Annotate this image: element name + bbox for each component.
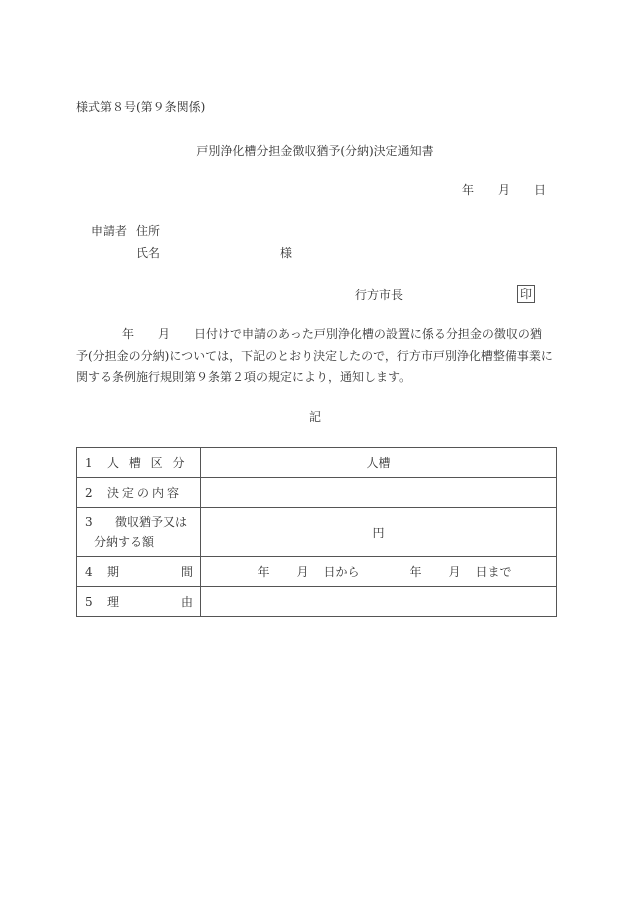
date-day: 日 (534, 183, 546, 197)
form-number: 様式第８号(第９条関係) (76, 100, 205, 114)
notice-body: 年 月 日付けで申請のあった戸別浄化槽の設置に係る分担金の徴収の猶 予(分担金の… (76, 324, 562, 389)
row-label: 4期間 (77, 557, 201, 587)
detail-table: 1人 槽 区 分 人槽 2決定の内容 3徴収猶予又は 分納する額 円 4期間 (76, 447, 557, 617)
applicant-label: 申請者 (91, 224, 127, 238)
row-label: 2決定の内容 (77, 478, 201, 508)
table-row: 2決定の内容 (77, 478, 557, 508)
seal-stamp-icon: 印 (517, 285, 535, 303)
name-label: 氏名 (136, 246, 160, 260)
date-year: 年 (462, 183, 474, 197)
body-line-3: 関する条例施行規則第９条第２項の規定により，通知します。 (76, 367, 562, 389)
period-value: 年月日から年月日まで (201, 557, 557, 587)
ki-heading: 記 (0, 410, 630, 424)
row-label: 5理由 (77, 587, 201, 617)
document-title: 戸別浄化槽分担金徴収猶予(分納)決定通知書 (0, 144, 630, 158)
reason-value (201, 587, 557, 617)
address-label: 住所 (136, 224, 160, 238)
table-row: 1人 槽 区 分 人槽 (77, 448, 557, 478)
household-size-value: 人槽 (201, 448, 557, 478)
decision-content-value (201, 478, 557, 508)
honorific: 様 (280, 246, 292, 260)
amount-value: 円 (201, 508, 557, 557)
row-label: 1人 槽 区 分 (77, 448, 201, 478)
date-month: 月 (498, 183, 510, 197)
body-line-2: 予(分担金の分納)については，下記のとおり決定したので，行方市戸別浄化槽整備事業… (76, 346, 562, 368)
row-label: 3徴収猶予又は 分納する額 (77, 508, 201, 557)
issuer-title: 行方市長 (355, 288, 403, 302)
table-row: 5理由 (77, 587, 557, 617)
table-row: 4期間 年月日から年月日まで (77, 557, 557, 587)
table-row: 3徴収猶予又は 分納する額 円 (77, 508, 557, 557)
body-line-1: 年 月 日付けで申請のあった戸別浄化槽の設置に係る分担金の徴収の猶 (76, 324, 562, 346)
